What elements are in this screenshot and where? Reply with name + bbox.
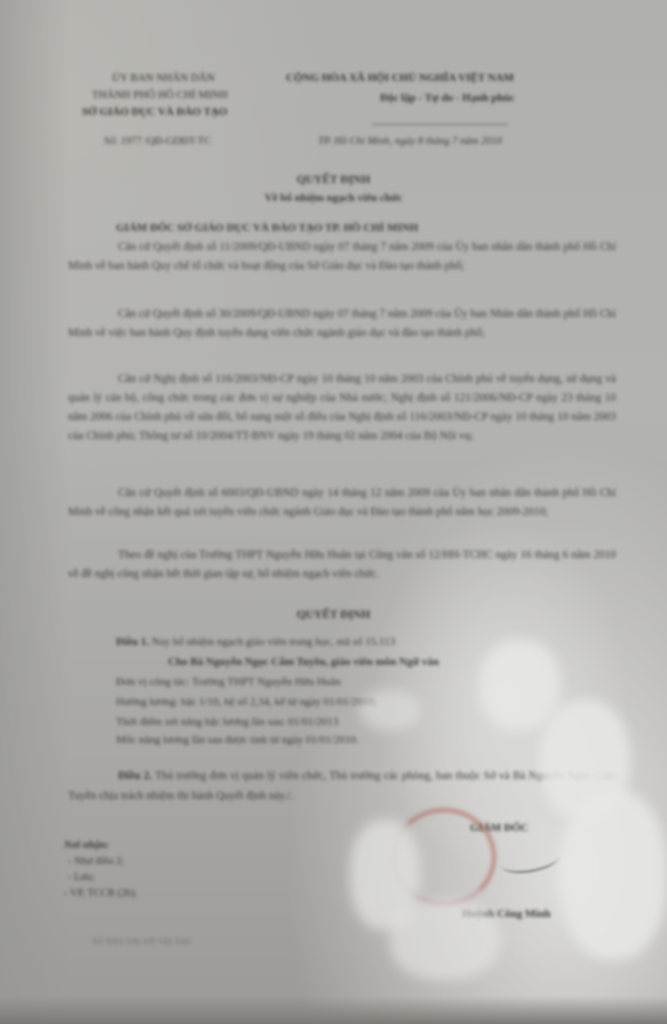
preamble-paragraph-4: Căn cứ Quyết định số 6003/QĐ-UBND ngày 1… [68, 484, 616, 522]
article-1-line-1: Đơn vị công tác: Trường THPT Nguyễn Hữu … [116, 676, 341, 688]
header-right-line2: Độc lập - Tự do - Hạnh phúc [380, 92, 514, 104]
header-left-line2: THÀNH PHỐ HỒ CHÍ MINH [92, 89, 228, 101]
article-1: Điều 1. Nay bổ nhiệm ngạch giáo viên tru… [116, 636, 395, 648]
preamble-paragraph-3: Căn cứ Nghị định số 116/2003/NĐ-CP ngày … [68, 370, 616, 446]
document-subtitle: Về bổ nhiệm ngạch viên chức [0, 192, 667, 204]
document-number: Số: 1977 /QĐ-GDĐT-TC [104, 136, 211, 147]
paper-damage-patch [560, 790, 667, 960]
header-left-line1: ỦY BAN NHÂN DÂN [112, 72, 215, 84]
footer-note: Số hiệu lưu trữ văn bản [92, 936, 191, 947]
preamble-paragraph-1: Căn cứ Quyết định số 11/2009/QĐ-UBND ngà… [68, 238, 616, 276]
article-1-person: Cho Bà Nguyễn Ngọc Cẩm Tuyền, giáo viên … [168, 656, 439, 668]
article-1-line-4: Mốc nâng lương lần sau được tính từ ngày… [116, 734, 359, 746]
recipient-2: - Lưu; [68, 872, 94, 883]
paper-damage-patch [390, 900, 500, 980]
article-1-line-3: Thời điểm xét nâng bậc lương lần sau: 01… [116, 716, 338, 728]
paper-damage-patch [360, 690, 420, 730]
recipient-1: - Như điều 2; [68, 856, 124, 867]
preamble-paragraph-5: Theo đề nghị của Trường THPT Nguyễn Hữu … [68, 546, 616, 584]
document-title: QUYẾT ĐỊNH [0, 174, 667, 186]
header-right-line1: CỘNG HÒA XÃ HỘI CHỦ NGHĨA VIỆT NAM [286, 72, 514, 84]
document-date: TP. Hồ Chí Minh, ngày 8 tháng 7 năm 2010 [318, 136, 502, 147]
article-1-label: Điều 1. [116, 636, 149, 648]
decide-heading: QUYẾT ĐỊNH [0, 609, 667, 621]
recipient-3: - VP, TCCB (2b). [64, 888, 137, 899]
preamble-paragraph-2: Căn cứ Quyết định số 30/2009/QĐ-UBND ngà… [68, 305, 616, 343]
article-1-text: Nay bổ nhiệm ngạch giáo viên trung học, … [152, 636, 395, 648]
article-2: Điều 2. Thủ trưởng đơn vị quản lý viên c… [68, 766, 616, 806]
issuing-authority: GIÁM ĐỐC SỞ GIÁO DỤC VÀ ĐÀO TẠO TP. HỒ C… [116, 222, 418, 234]
motto-underline [372, 124, 508, 125]
paper-bottom-edge [0, 996, 667, 1024]
article-2-label: Điều 2. [118, 770, 152, 782]
article-1-line-2: Hưởng lương: bậc 1/10, hệ số 2,34, kể từ… [116, 696, 377, 708]
paper-damage-patch [480, 640, 560, 730]
header-left-line3: SỞ GIÁO DỤC VÀ ĐÀO TẠO [82, 106, 227, 118]
recipients-label: Nơi nhận: [64, 840, 109, 851]
